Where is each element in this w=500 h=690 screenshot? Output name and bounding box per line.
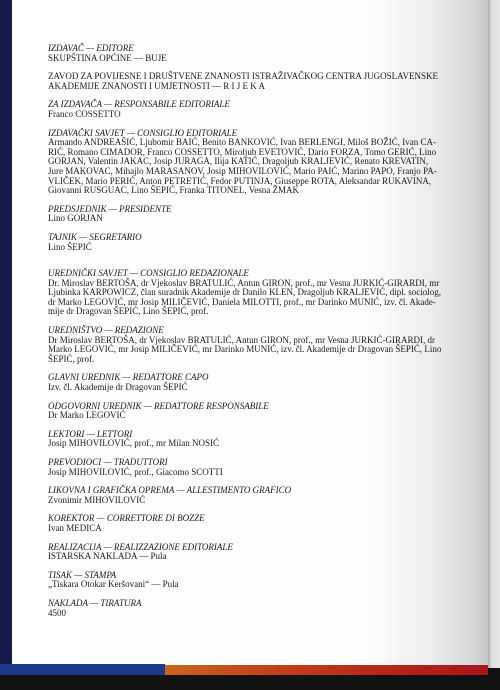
section-line: Dr Marko LEGOVIĆ [48, 411, 448, 421]
section-line: Ivan MEDICA [48, 524, 448, 534]
background-bottom [0, 675, 500, 690]
section-graphic-design: LIKOVNA I GRAFIČKA OPREMA — ALLESTIMENTO… [48, 486, 448, 505]
section-heading: PREDSJEDNIK — PRESIDENTE [48, 205, 448, 215]
section-proofreaders: LEKTORI — LETTORI Josip MIHOVILOVIĆ, pro… [48, 430, 448, 449]
section-line: AKADEMIJE ZNANOSTI I UMJETNOSTI — R I J … [48, 82, 448, 92]
section-production: REALIZACIJA — REALIZZAZIONE EDITORIALE I… [48, 543, 448, 562]
section-line: ISTARSKA NAKLADA — Pula [48, 552, 448, 562]
cover-edge-red [165, 665, 488, 675]
section-line: SKUPŠTINA OPĆINE — BUJE [48, 54, 448, 64]
section-line: ŠEPIĆ, prof. [48, 355, 448, 365]
section-publishing-council: IZDAVAČKI SAVJET — CONSIGLIO EDITORIALE … [48, 129, 448, 196]
imprint-content: IZDAVAČ — EDITORE SKUPŠTINA OPĆINE — BUJ… [48, 44, 448, 627]
section-line: Lino ŠEPIĆ [48, 243, 448, 253]
section-editorial-board: UREDNIŠTVO — REDAZIONE Dr Miroslav BERTO… [48, 326, 448, 364]
section-responsible-editor: ODGOVORNI UREDNIK — REDATTORE RESPONSABI… [48, 402, 448, 421]
section-line: mije dr Dragovan ŠEPIĆ, Lino ŠEPIĆ, prof… [48, 307, 448, 317]
section-line: „Tiskara Otokar Keršovani“ — Pula [48, 580, 448, 590]
section-line: Zvonimir MIHOVILOVIĆ [48, 496, 448, 506]
section-secretary: TAJNIK — SEGRETARIO Lino ŠEPIĆ [48, 233, 448, 252]
section-publisher: IZDAVAČ — EDITORE SKUPŠTINA OPĆINE — BUJ… [48, 44, 448, 63]
section-line: Izv. čl. Akademije dr Dragovan ŠEPIĆ [48, 383, 448, 393]
section-print-run: NAKLADA — TIRATURA 4500 [48, 599, 448, 618]
section-line: 4500 [48, 609, 448, 619]
section-translators: PREVODIOCI — TRADUTTORI Josip MIHOVILOVI… [48, 458, 448, 477]
section-line: Giovanni RUSGUAC, Lino ŠEPIĆ, Franka TIT… [48, 186, 448, 196]
section-heading: KOREKTOR — CORRETTORE DI BOZZE [48, 514, 448, 524]
section-for-publisher: ZA IZDAVAČA — RESPONSABILE EDITORIALE Fr… [48, 100, 448, 119]
section-institute: ZAVOD ZA POVIJESNE I DRUŠTVENE ZNANOSTI … [48, 72, 448, 91]
section-editorial-council: UREDNIČKI SAVJET — CONSIGLIO REDAZIONALE… [48, 269, 448, 317]
section-corrector: KOREKTOR — CORRETTORE DI BOZZE Ivan MEDI… [48, 514, 448, 533]
section-president: PREDSJEDNIK — PRESIDENTE Lino GORJAN [48, 205, 448, 224]
book-spine-edge [0, 0, 12, 670]
section-heading: TAJNIK — SEGRETARIO [48, 233, 448, 243]
section-line: Lino GORJAN [48, 214, 448, 224]
section-line: Josip MIHOVILOVIĆ, prof., Giacomo SCOTTI [48, 468, 448, 478]
section-editor-in-chief: GLAVNI UREDNIK — REDATTORE CAPO Izv. čl.… [48, 373, 448, 392]
section-printing: TISAK — STAMPA „Tiskara Otokar Keršovani… [48, 571, 448, 590]
section-line: Franco COSSETTO [48, 110, 448, 120]
section-line: Josip MIHOVILOVIĆ, prof., mr Milan NOSIĆ [48, 439, 448, 449]
section-heading: NAKLADA — TIRATURA [48, 599, 448, 609]
section-line: Marko LEGOVIĆ, mr Josip MILIČEVIĆ, mr Da… [48, 345, 448, 355]
page-right-edge [488, 0, 500, 668]
